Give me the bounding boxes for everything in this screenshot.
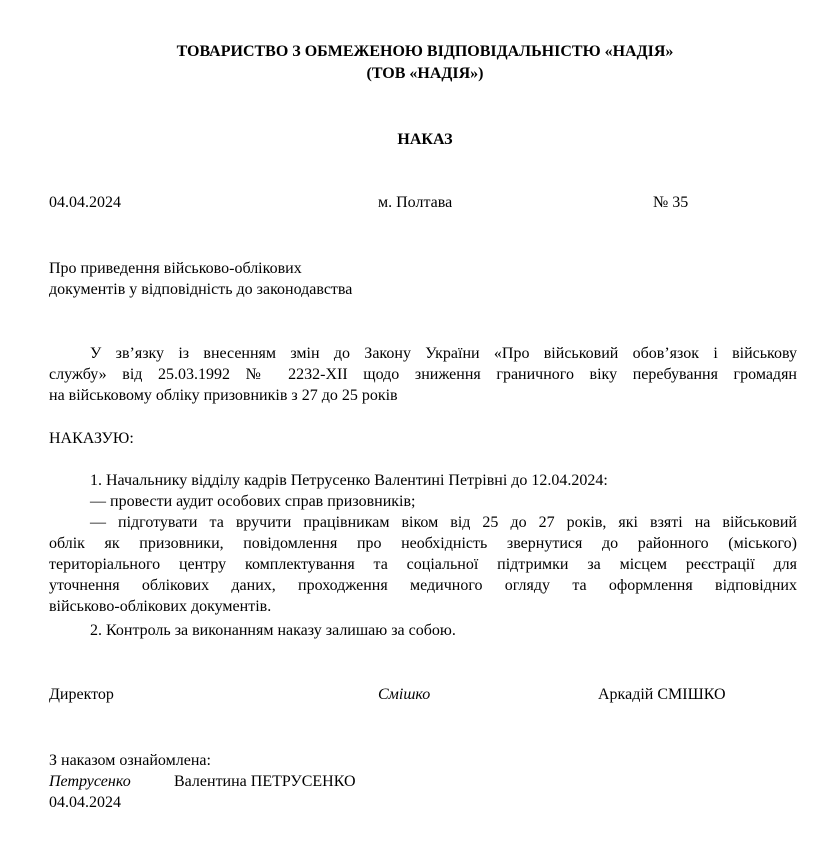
acknowledgment-signature: Петрусенко xyxy=(49,771,131,792)
preamble-line: У зв’язку із внесенням змін до Закону Ук… xyxy=(49,343,797,364)
preamble-paragraph: У зв’язку із внесенням змін до Закону Ук… xyxy=(49,343,797,406)
item-2: 2. Контроль за виконанням наказу залишаю… xyxy=(90,620,456,641)
document-city: м. Полтава xyxy=(378,192,452,213)
item-1-subitem-1: — провести аудит особових справ призовни… xyxy=(90,491,415,512)
acknowledgment-name: Валентина ПЕТРУСЕНКО xyxy=(174,771,356,792)
preamble-line: на військовому обліку призовників з 27 д… xyxy=(49,385,797,406)
subitem-line: облік як призовники, повідомлення про не… xyxy=(49,533,797,554)
subitem-line: уточнення облікових даних, проходження м… xyxy=(49,575,797,596)
signatory-name: Аркадій СМІШКО xyxy=(598,684,726,705)
document-date: 04.04.2024 xyxy=(49,192,121,213)
organization-name: ТОВАРИСТВО З ОБМЕЖЕНОЮ ВІДПОВІДАЛЬНІСТЮ … xyxy=(0,41,840,62)
document-number: № 35 xyxy=(653,192,688,213)
acknowledgment-label: З наказом ознайомлена: xyxy=(49,750,211,771)
item-1-subitem-2: — підготувати та вручити працівникам вік… xyxy=(49,512,797,617)
document-title: НАКАЗ xyxy=(0,129,840,150)
signatory-position: Директор xyxy=(49,684,114,705)
subject-line-1: Про приведення військово-облікових xyxy=(49,258,302,279)
acknowledgment-date: 04.04.2024 xyxy=(49,792,121,813)
signatory-signature: Смішко xyxy=(378,684,430,705)
subitem-line: військово-облікових документів. xyxy=(49,596,797,617)
item-1-heading: 1. Начальнику відділу кадрів Петрусенко … xyxy=(90,470,608,491)
organization-short-name: (ТОВ «НАДІЯ») xyxy=(0,63,840,84)
order-word: НАКАЗУЮ: xyxy=(49,428,134,449)
subject-line-2: документів у відповідність до законодавс… xyxy=(49,279,352,300)
subitem-line: територіального центру комплектування та… xyxy=(49,554,797,575)
preamble-line: службу» від 25.03.1992 № 2232-XII щодо з… xyxy=(49,364,797,385)
subitem-line: — підготувати та вручити працівникам вік… xyxy=(49,512,797,533)
